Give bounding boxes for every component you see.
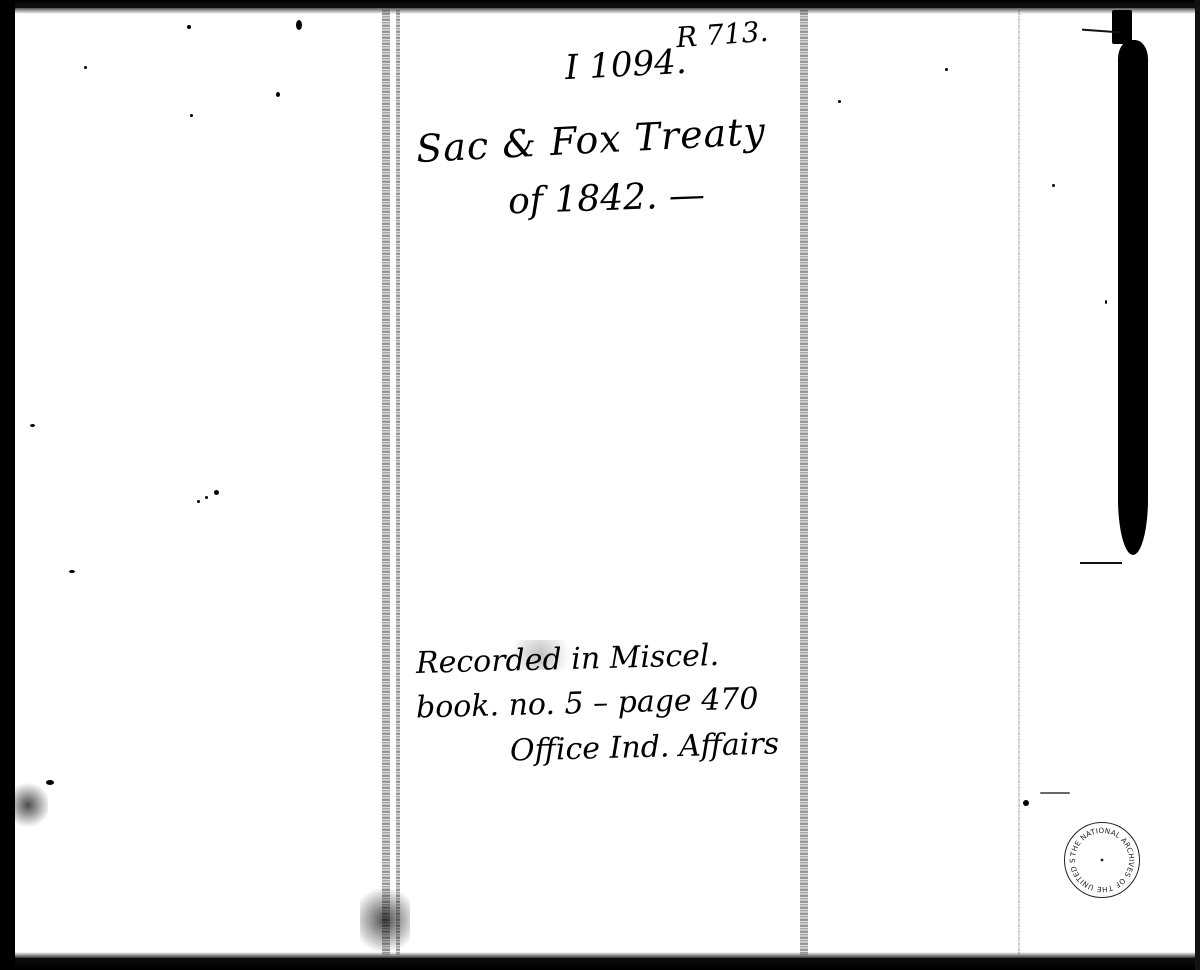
top-edge-shadow — [14, 0, 1200, 14]
ink-speck — [84, 66, 87, 69]
ink-speck — [190, 114, 193, 117]
ink-speck — [1052, 184, 1055, 187]
svg-text:THE NATIONAL ARCHIVES OF THE U: THE NATIONAL ARCHIVES OF THE UNITED STAT… — [1065, 823, 1136, 894]
stamp-seal-icon: THE NATIONAL ARCHIVES OF THE UNITED STAT… — [1065, 823, 1139, 897]
fold-line-left — [382, 10, 390, 955]
ink-speck — [197, 500, 200, 503]
ink-speck — [945, 68, 948, 71]
ink-speck — [205, 496, 208, 499]
ink-speck — [187, 25, 191, 29]
stamp-ring-text: THE NATIONAL ARCHIVES OF THE UNITED STAT… — [1065, 823, 1139, 897]
ink-blot — [500, 640, 580, 670]
fold-line-left-inner — [396, 10, 400, 955]
fold-line-right — [800, 10, 808, 955]
ink-speck — [296, 20, 302, 30]
fold-smudge — [360, 880, 410, 960]
ink-speck — [30, 424, 35, 427]
national-archives-stamp: THE NATIONAL ARCHIVES OF THE UNITED STAT… — [1064, 822, 1140, 898]
fold-line-faint — [1018, 10, 1020, 955]
ink-speck — [276, 92, 280, 97]
binding-strip — [1118, 40, 1148, 555]
reference-number: R 713. — [675, 15, 769, 54]
ink-speck — [1105, 300, 1107, 304]
ink-speck — [838, 100, 841, 103]
ink-speck — [214, 490, 219, 495]
right-edge-shadow — [1195, 0, 1200, 970]
binding-edge-line-bottom — [1080, 562, 1122, 564]
recording-note-line3: Office Ind. Affairs — [510, 724, 780, 771]
ink-speck — [1040, 792, 1070, 794]
bottom-edge-shadow — [0, 952, 1200, 970]
file-number: I 1094. — [564, 42, 688, 88]
corner-smudge — [8, 780, 48, 830]
ink-speck — [1023, 800, 1029, 806]
binding-tab — [1112, 10, 1132, 44]
ink-speck — [69, 570, 75, 573]
docket-title-line2: of 1842. — — [507, 175, 705, 223]
